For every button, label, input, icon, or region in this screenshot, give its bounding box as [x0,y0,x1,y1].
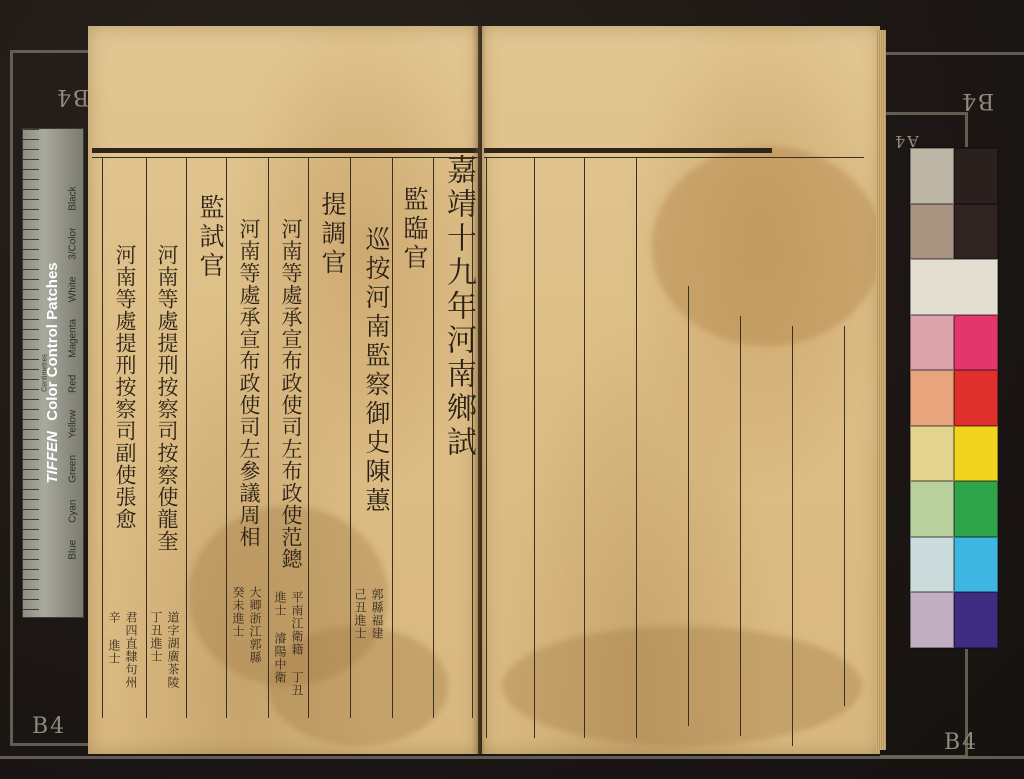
color-patch [910,592,954,648]
color-patch [910,148,954,204]
left-page: 嘉靖十九年河南鄉試 監臨官 巡按河南監察御史陳蕙 郭縣福建 己丑進士 提調官 河… [88,26,478,754]
color-patch [910,370,954,426]
color-patch [954,204,998,260]
book-gutter [472,26,486,754]
guide-label-top-right: B4 [960,88,994,113]
color-patch [910,259,998,315]
guide-label-bottom-left: B4 [32,714,66,739]
entry-long-kui: 河南等處提刑按察司按察使龍奎 [152,244,182,552]
entry-chen-hui: 巡按河南監察御史陳蕙 [358,226,394,516]
guide-label-bottom-right: B4 [944,730,978,755]
guide-frame-right [880,52,1024,55]
page-edges [876,30,886,750]
note-chen-hui: 郭縣福建 己丑進士 [352,588,386,648]
color-control-ruler: Centimetres TIFFEN Color Control Patches… [22,128,84,618]
entry-fan-zong: 河南等處承宣布政使司左布政使范鏓 [276,218,306,570]
guide-label-top-left: B4 [55,84,89,109]
color-patch [910,204,954,260]
guide-frame-bottom [0,756,1024,759]
color-patch [910,426,954,482]
color-patch [954,481,998,537]
right-page [482,26,880,754]
heading-supervisor: 監臨官 [396,186,432,273]
ruler-title: Color Control Patches [44,262,61,420]
ruler-title-block: TIFFEN Color Control Patches [44,262,62,483]
note-zhang-yu: 君四直隸句州 辛 進士 [106,611,140,691]
color-patch [954,370,998,426]
heading-administrator: 提調官 [314,191,350,278]
color-patch [954,537,998,593]
ruler-ticks [23,129,39,617]
ruler-brand: TIFFEN [44,431,61,484]
color-patch [954,592,998,648]
color-patch [910,537,954,593]
color-patch [954,426,998,482]
note-zhou-xiang: 大卿浙江郭縣 癸未進士 [230,586,264,686]
color-patch [954,148,998,204]
color-patch [910,481,954,537]
heading-examiner: 監試官 [192,194,228,281]
ruler-color-labels: Blue Cyan Green Yellow Red Magenta White… [68,186,79,559]
color-patch [910,315,954,371]
open-book: 嘉靖十九年河南鄉試 監臨官 巡按河南監察御史陳蕙 郭縣福建 己丑進士 提調官 河… [88,26,880,754]
entry-zhang-yu: 河南等處提刑按察司副使張愈 [110,244,140,530]
note-fan-zong: 平南江衛籍 丁丑進士 濬陽中衛 [272,591,306,701]
entry-zhou-xiang: 河南等處承宣布政使司左參議周相 [234,218,264,548]
note-long-kui: 道字湖廣茶陵 丁丑進士 [148,611,182,691]
color-calibration-chart [909,147,999,649]
color-patch [954,315,998,371]
